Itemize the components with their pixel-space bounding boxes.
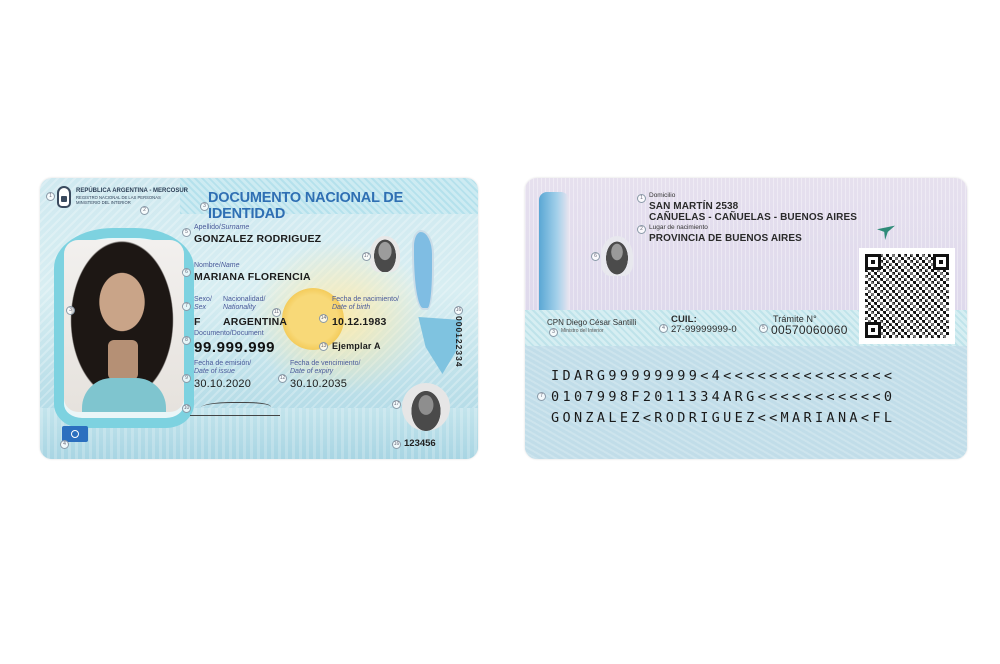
vertical-serial: 000122334 (454, 316, 464, 368)
expiry-date: 30.10.2035 (290, 378, 347, 390)
surname-value: GONZALEZ RODRIGUEZ (194, 233, 321, 245)
badge-2: 2 (637, 225, 646, 234)
surname-label: Apellido/Surname (194, 224, 249, 232)
mrz-line-1: IDARG99999999<4<<<<<<<<<<<<<<< (551, 368, 895, 384)
name-value: MARIANA FLORENCIA (194, 271, 311, 283)
badge-14: 14 (319, 314, 328, 323)
country-header: REPÚBLICA ARGENTINA - MERCOSUR (76, 188, 188, 194)
address-line1: SAN MARTÍN 2538 (649, 201, 738, 212)
argentina-map-icon (412, 230, 434, 310)
copy-label: Ejemplar A (332, 341, 381, 351)
badge-6: 6 (591, 252, 600, 261)
badge-18: 16 (392, 440, 401, 449)
badge-17a: 17 (362, 252, 371, 261)
badge-12: 12 (278, 374, 287, 383)
issue-date: 30.10.2020 (194, 378, 251, 390)
issue-label: Fecha de emisión/Date of issue (194, 360, 251, 376)
mrz-line-2: 0107998F2011334ARG<<<<<<<<<<<0 (551, 389, 895, 405)
qr-code[interactable] (859, 248, 955, 344)
name-label: Nombre/Name (194, 262, 240, 270)
badge-4: 4 (659, 324, 668, 333)
address-line2: CAÑUELAS - CAÑUELAS - BUENOS AIRES (649, 212, 857, 223)
badge-6: 6 (182, 268, 191, 277)
badge-9: 9 (182, 374, 191, 383)
badge-photo: 3 (66, 306, 75, 315)
signer-role: Ministro del Interior (561, 328, 604, 334)
badge-5: 5 (759, 324, 768, 333)
card-number: 123456 (404, 438, 436, 449)
coat-of-arms-icon (57, 186, 71, 208)
badge-7: 7 (182, 302, 191, 311)
badge-13: 13 (319, 342, 328, 351)
id-card-back: 1 Domicilio SAN MARTÍN 2538 CAÑUELAS - C… (525, 178, 967, 459)
ministry-line: MINISTERIO DEL INTERIOR (76, 200, 131, 205)
tramite-value: 00570060060 (771, 323, 848, 337)
dob-value: 10.12.1983 (332, 316, 387, 328)
holder-signature (190, 400, 280, 416)
badge-5: 5 (182, 228, 191, 237)
birthplace-label: Lugar de nacimiento (649, 224, 708, 231)
badge-7: 7 (537, 392, 546, 401)
badge-3: 3 (549, 328, 558, 337)
badge-16: 16 (454, 306, 463, 315)
badge-1: 1 (637, 194, 646, 203)
nationality-value: ARGENTINA (223, 316, 287, 328)
badge-2: 2 (140, 206, 149, 215)
sex-value: F (194, 316, 201, 328)
expiry-label: Fecha de vencimiento/Date of expiry (290, 360, 360, 376)
document-title: DOCUMENTO NACIONAL DE IDENTIDAD (208, 190, 478, 222)
holder-photo (64, 240, 184, 412)
birthplace-value: PROVINCIA DE BUENOS AIRES (649, 233, 802, 244)
dob-label: Fecha de nacimiento/Date of birth (332, 296, 399, 312)
document-label: Documento/Document (194, 330, 264, 338)
ghost-photo-large (402, 383, 450, 431)
id-card-front: 1 REPÚBLICA ARGENTINA - MERCOSUR REGISTR… (40, 178, 478, 459)
badge-4: 4 (60, 440, 69, 449)
document-number: 99.999.999 (194, 339, 275, 356)
cuil-value: 27-99999999-0 (671, 324, 737, 335)
monument-icon (539, 192, 569, 312)
address-label: Domicilio (649, 192, 675, 199)
badge-1: 1 (46, 192, 55, 201)
badge-8: 8 (182, 336, 191, 345)
signer-name: CPN Diego César Santilli (547, 318, 636, 327)
badge-17b: 17 (392, 400, 401, 409)
ghost-photo (601, 236, 633, 276)
sex-label: Sexo/Sex (194, 296, 212, 312)
mrz-line-3: GONZALEZ<RODRIGUEZ<<MARIANA<FL (551, 410, 895, 426)
nationality-label: Nacionalidad/Nationality (223, 296, 265, 312)
ghost-photo-small (370, 236, 400, 272)
